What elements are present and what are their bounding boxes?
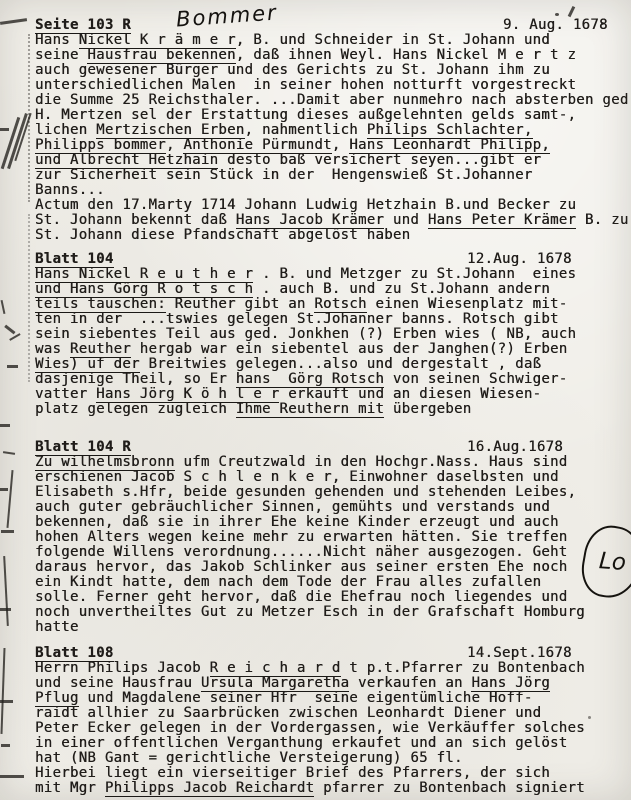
text-segment: Elisabeth s.Hfr, beide gesunden gehenden… bbox=[35, 484, 576, 500]
text-line: mit Mgr Philipps Jacob Reichardt pfarrer… bbox=[35, 781, 620, 796]
section-label: Seite 103 R bbox=[35, 17, 131, 34]
text-segment: sein siebentes Teil aus ged. Jonkhen (?)… bbox=[35, 326, 576, 342]
margin-mark bbox=[1, 744, 10, 747]
scanned-document-page: Bommer Lo Seite 103 R9. Aug. 1678Hans Ni… bbox=[0, 0, 631, 800]
text-segment: auch gewesener Bürger und des Gerichts z… bbox=[35, 62, 550, 78]
section-date: 9. Aug. 1678 bbox=[503, 18, 608, 33]
text-line: Actum den 17.Marty 1714 Johann Ludwig He… bbox=[35, 198, 620, 213]
section-label: Blatt 108 bbox=[35, 645, 114, 662]
text-segment: noch unvertheiltes Gut zu Metzer Esch in… bbox=[35, 604, 585, 620]
text-line: auch gewesener Bürger und des Gerichts z… bbox=[35, 63, 620, 78]
text-segment: . auch B. und zu St.Johann andern bbox=[253, 281, 550, 297]
text-segment: unterschiedlichen Malen in seiner hohen … bbox=[35, 77, 576, 93]
text-line: und Hans Görg R o t s c h . auch B. und … bbox=[35, 282, 620, 297]
text-line: Philipps bommer, Anthonie Pürmundt, Hans… bbox=[35, 138, 620, 153]
section-label: Blatt 104 R bbox=[35, 439, 131, 456]
text-line: bekennen, daß sie in ihrer Ehe keine Kin… bbox=[35, 515, 620, 530]
text-segment: Herrn Philips Jacob bbox=[35, 660, 210, 676]
text-line: Peter Ecker gelegen in der Vordergassen,… bbox=[35, 721, 620, 736]
section-date: 12.Aug. 1678 bbox=[467, 252, 572, 267]
text-line: erschienen Jacob S c h l e n k e r, Einw… bbox=[35, 470, 620, 485]
margin-mark bbox=[3, 451, 15, 455]
margin-mark bbox=[3, 556, 9, 626]
text-segment: und bbox=[384, 212, 428, 228]
margin-mark bbox=[0, 488, 8, 491]
section-blatt-108: Blatt 10814.Sept.1678Herrn Philips Jacob… bbox=[35, 646, 620, 796]
document-body: Seite 103 R9. Aug. 1678Hans Nickel K r ä… bbox=[35, 18, 620, 796]
text-segment: pfarrer zu Bontenbach signiert bbox=[314, 780, 585, 796]
text-segment: , bbox=[166, 137, 183, 153]
text-line: H. Mertzen sel der Erstattung dieses auß… bbox=[35, 108, 620, 123]
text-line: Herrn Philips Jacob R e i c h a r d t p.… bbox=[35, 661, 620, 676]
text-segment: mit Mgr bbox=[35, 780, 105, 796]
section-header: Blatt 104 R16.Aug.1678 bbox=[35, 440, 620, 455]
margin-mark bbox=[0, 700, 13, 703]
text-segment: ten in der ...tswies gelegen St.Johanner… bbox=[35, 311, 559, 327]
text-line: folgende Willens verordnung......Nicht n… bbox=[35, 545, 620, 560]
text-segment: ufm Creutzwald in den Hochgr.Nass. Haus … bbox=[175, 454, 568, 470]
text-segment: , B. und Schneider in St. Johann und bbox=[236, 32, 550, 48]
text-segment: Hierbei liegt ein vierseitiger Brief des… bbox=[35, 765, 550, 781]
margin-mark bbox=[1, 530, 14, 533]
text-line: platz gelegen zugleich Ihme Reuthern mit… bbox=[35, 402, 620, 417]
text-segment: Actum den 17.Marty 1714 Johann Ludwig He… bbox=[35, 197, 576, 213]
text-segment: hatte bbox=[35, 619, 79, 635]
section-blatt-104: Blatt 10412.Aug. 1678Hans Nickel R e u t… bbox=[35, 252, 620, 417]
text-segment: . B. und Metzger zu St.Johann eines bbox=[253, 266, 576, 282]
text-segment: zur Sicherheit sein Stück in der Hengens… bbox=[35, 167, 533, 183]
section-blatt-104-r: Blatt 104 R16.Aug.1678Zu wilhelmsbronn u… bbox=[35, 440, 620, 635]
text-line: ein Kindt hatte, dem nach dem Tode der F… bbox=[35, 575, 620, 590]
margin-mark bbox=[568, 6, 575, 17]
text-line: Hans Nickel K r ä m e r, B. und Schneide… bbox=[35, 33, 620, 48]
margin-mark bbox=[28, 214, 30, 382]
text-line: Wies) uf der Breitwies gelegen...also un… bbox=[35, 357, 620, 372]
underlined-text: Ihme Reuthern mit bbox=[236, 401, 384, 418]
text-segment: B. zu bbox=[576, 212, 628, 228]
text-segment: vatter bbox=[35, 386, 96, 402]
text-segment: Breitwies gelegen...also und dergestalt … bbox=[140, 356, 542, 372]
margin-mark bbox=[7, 365, 18, 368]
text-line: Pflug und Magdalene seiner Hfr seine eig… bbox=[35, 691, 620, 706]
text-line: und seine Hausfrau Ursula Margaretha ver… bbox=[35, 676, 620, 691]
margin-mark bbox=[555, 13, 559, 16]
text-line: was Reuther hergab war ein siebentel aus… bbox=[35, 342, 620, 357]
text-segment: Banns... bbox=[35, 182, 105, 198]
text-line: in einer offentlichen Verganthung erkauf… bbox=[35, 736, 620, 751]
text-line: noch unvertheiltes Gut zu Metzer Esch in… bbox=[35, 605, 620, 620]
text-segment: t p.t.Pfarrer zu Bontenbach bbox=[341, 660, 585, 676]
text-segment: solle. Ferner geht hervor, daß die Ehefr… bbox=[35, 589, 567, 605]
text-segment: Peter Ecker gelegen in der Vordergassen,… bbox=[35, 720, 585, 736]
text-segment: auch guter gebräuchlicher Sinnen, gemüht… bbox=[35, 499, 550, 515]
text-segment: H. Mertzen sel der Erstattung dieses auß… bbox=[35, 107, 576, 123]
section-date: 14.Sept.1678 bbox=[467, 646, 572, 661]
text-segment: , nahmentlich bbox=[245, 122, 367, 138]
margin-mark bbox=[0, 775, 24, 778]
section-header: Seite 103 R9. Aug. 1678 bbox=[35, 18, 620, 33]
margin-mark bbox=[0, 424, 10, 427]
text-line: teils tauschen: Reuther gibt an Rotsch e… bbox=[35, 297, 620, 312]
text-line: St. Johann bekennt daß Hans Jacob Krämer… bbox=[35, 213, 620, 228]
text-line: hatte bbox=[35, 620, 620, 635]
margin-mark bbox=[0, 128, 9, 131]
text-segment: folgende Willens verordnung......Nicht n… bbox=[35, 544, 567, 560]
text-segment: Hans bbox=[35, 32, 79, 48]
text-line: hat (NB Gant = gerichtliche Versteigerun… bbox=[35, 751, 620, 766]
text-segment: in einer offentlichen Verganthung erkauf… bbox=[35, 735, 567, 751]
text-segment: übergeben bbox=[384, 401, 471, 417]
text-line: Elisabeth s.Hfr, beide gesunden gehenden… bbox=[35, 485, 620, 500]
text-segment: , bbox=[332, 137, 349, 153]
margin-mark bbox=[1, 300, 6, 314]
text-segment: St. Johann bekennt daß bbox=[35, 212, 236, 228]
text-segment: hohen Alters wegen keine mehr zu erwarte… bbox=[35, 529, 567, 545]
text-segment: und seine Hausfrau bbox=[35, 675, 201, 691]
text-line: und Albrecht Hetzhain desto baß versiche… bbox=[35, 153, 620, 168]
text-line: vatter Hans Jörg K ö h l e r erkauft und… bbox=[35, 387, 620, 402]
text-segment: raidt allhier zu Saarbrücken zwischen Le… bbox=[35, 705, 541, 721]
text-segment: daraus hervor, das Jakob Schlinker aus s… bbox=[35, 559, 567, 575]
text-line: hohen Alters wegen keine mehr zu erwarte… bbox=[35, 530, 620, 545]
text-segment: hat (NB Gant = gerichtliche Versteigerun… bbox=[35, 750, 463, 766]
text-line: Zu wilhelmsbronn ufm Creutzwald in den H… bbox=[35, 455, 620, 470]
text-segment: platz gelegen zugleich bbox=[35, 401, 236, 417]
text-segment: und Magdalene seiner Hfr seine eigentüml… bbox=[79, 690, 533, 706]
text-line: Banns... bbox=[35, 183, 620, 198]
text-segment: einen Wiesenplatz mit- bbox=[367, 296, 568, 312]
text-segment: St. Johann diese Pfandschaft abgelöst ha… bbox=[35, 227, 410, 243]
text-segment: ein Kindt hatte, dem nach dem Tode der F… bbox=[35, 574, 541, 590]
margin-mark bbox=[0, 18, 27, 24]
section-date: 16.Aug.1678 bbox=[467, 440, 563, 455]
section-seite-103-r: Seite 103 R9. Aug. 1678Hans Nickel K r ä… bbox=[35, 18, 620, 243]
text-line: daraus hervor, das Jakob Schlinker aus s… bbox=[35, 560, 620, 575]
text-segment: erkauft und an diesen Wiesen- bbox=[279, 386, 541, 402]
text-segment: dasjenige Theil, so Er bbox=[35, 371, 236, 387]
text-line: St. Johann diese Pfandschaft abgelöst ha… bbox=[35, 228, 620, 243]
margin-mark bbox=[0, 648, 5, 734]
text-line: ten in der ...tswies gelegen St.Johanner… bbox=[35, 312, 620, 327]
text-line: die Summe 25 Reichsthaler. ...Damit aber… bbox=[35, 93, 620, 108]
text-segment: verkaufen an bbox=[349, 675, 471, 691]
underlined-text: Philipps Jacob Reichardt bbox=[105, 780, 315, 797]
text-line: seine Hausfrau bekennen, daß ihnen Weyl.… bbox=[35, 48, 620, 63]
section-label: Blatt 104 bbox=[35, 251, 114, 268]
underlined-text: Hans Peter Krämer bbox=[428, 212, 576, 229]
text-segment: die Summe 25 Reichsthaler. ...Damit aber… bbox=[35, 92, 631, 108]
text-segment: bekennen, daß sie in ihrer Ehe keine Kin… bbox=[35, 514, 559, 530]
margin-mark bbox=[9, 333, 21, 341]
text-segment: lichen bbox=[35, 122, 96, 138]
margin-mark bbox=[4, 325, 15, 334]
margin-mark bbox=[6, 470, 13, 528]
text-line: raidt allhier zu Saarbrücken zwischen Le… bbox=[35, 706, 620, 721]
text-line: zur Sicherheit sein Stück in der Hengens… bbox=[35, 168, 620, 183]
text-segment: von seinen Schwiger- bbox=[384, 371, 567, 387]
text-segment: desto baß versichert seyen...gibt er bbox=[218, 152, 541, 168]
text-segment: , daß ihnen Weyl. Hans Nickel M e r t z bbox=[236, 47, 576, 63]
text-line: Hans Nickel R e u t h e r . B. und Metzg… bbox=[35, 267, 620, 282]
text-line: solle. Ferner geht hervor, daß die Ehefr… bbox=[35, 590, 620, 605]
text-line: unterschiedlichen Malen in seiner hohen … bbox=[35, 78, 620, 93]
text-segment: seine bbox=[35, 47, 87, 63]
text-line: auch guter gebräuchlicher Sinnen, gemüht… bbox=[35, 500, 620, 515]
text-line: sein siebentes Teil aus ged. Jonkhen (?)… bbox=[35, 327, 620, 342]
section-header: Blatt 10412.Aug. 1678 bbox=[35, 252, 620, 267]
text-segment: hergab war ein siebentel aus der Janghen… bbox=[131, 341, 567, 357]
text-segment: erschienen Jacob S c h l e n k e r, Einw… bbox=[35, 469, 559, 485]
margin-mark bbox=[0, 608, 11, 611]
text-line: Hierbei liegt ein vierseitiger Brief des… bbox=[35, 766, 620, 781]
text-segment: was bbox=[35, 341, 70, 357]
text-segment: Reuther gibt an bbox=[166, 296, 314, 312]
text-line: dasjenige Theil, so Er hans Görg Rotsch … bbox=[35, 372, 620, 387]
section-header: Blatt 10814.Sept.1678 bbox=[35, 646, 620, 661]
text-line: lichen Mertzischen Erben, nahmentlich Ph… bbox=[35, 123, 620, 138]
